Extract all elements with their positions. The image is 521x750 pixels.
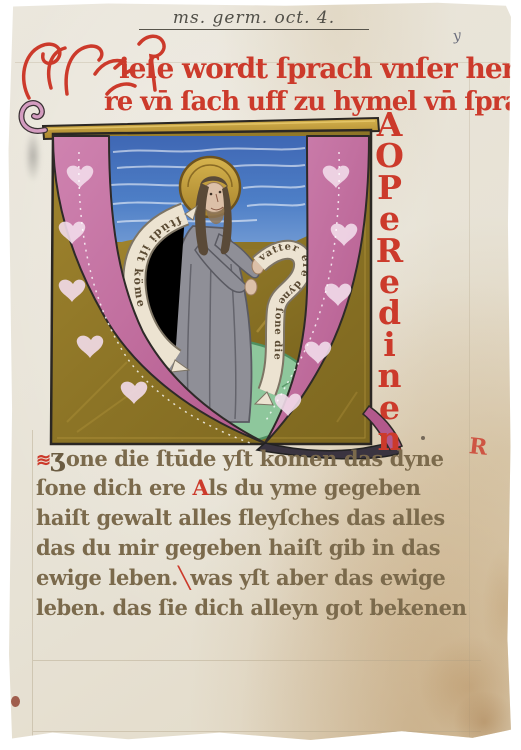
text-segment: haiſt gewalt alles fleyſches das alles <box>36 505 445 530</box>
display-letter: e <box>363 203 415 234</box>
rubric-line-2: re vn̄ ſach uff zu hymel vn̄ ſprach <box>104 87 521 117</box>
text-line: ≋ʒone die ſtūde yſt komen das dyne <box>36 443 488 473</box>
red-stroke: ╲ <box>178 565 190 590</box>
vertical-display-letters: A O P e R e d i n e n <box>363 109 425 454</box>
display-letter: n <box>363 360 415 391</box>
red-paraph: ≋ <box>36 450 50 471</box>
text-segment: ewige leben. <box>36 565 178 590</box>
text-line: das du mir gegeben haiſt gib in das <box>36 533 488 563</box>
red-capital: A <box>193 475 209 500</box>
text-segment: leben. das ſie dich alleyn got bekenen <box>36 595 466 620</box>
rubric-line-1: ieſe wordt ſprach vnſer her <box>119 52 515 85</box>
text-segment: was yſt aber das ewige <box>190 565 445 590</box>
text-line: leben. das ſie dich alleyn got bekenen <box>36 593 488 623</box>
manuscript-page: ms. germ. oct. 4. y <box>7 2 513 743</box>
text-segment: das du mir gegeben haiſt gib in das <box>36 535 440 560</box>
text-segment: ls du yme gegeben <box>208 475 420 500</box>
text-line: ewige leben.╲was yſt aber das ewige <box>36 563 488 593</box>
text-segment: one die ſtūde yſt komen das dyne <box>66 446 444 471</box>
manuscript-photo: ms. germ. oct. 4. y <box>0 0 521 750</box>
text-line: ſone dich ere Als du yme gegeben <box>36 473 488 503</box>
text-segment: ſone dich ere <box>36 475 193 500</box>
gospel-text-block: ≋ʒone die ſtūde yſt komen das dyne ſone … <box>36 443 488 623</box>
hand <box>245 279 257 295</box>
initial-mark: ʒ <box>50 443 66 472</box>
pink-flourish-curl <box>21 103 45 131</box>
text-line: haiſt gewalt alles fleyſches das alles <box>36 503 488 533</box>
